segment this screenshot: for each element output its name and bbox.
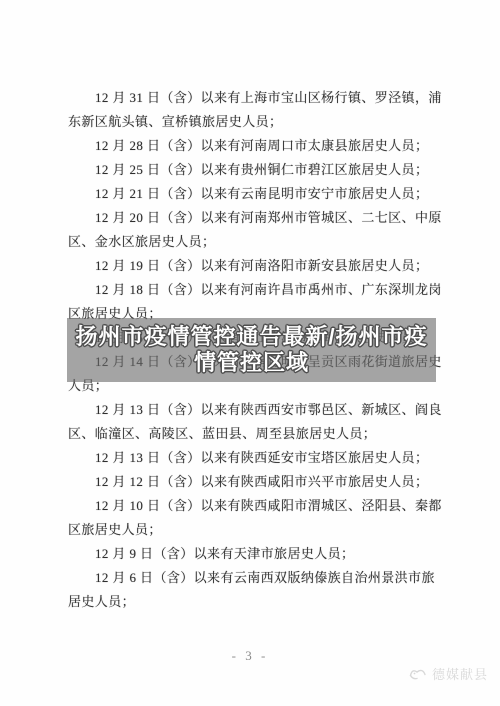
watermark: 德媒献县 bbox=[408, 664, 488, 683]
document-line: 12 月 19 日（含）以来有河南洛阳市新安县旅居史人员； bbox=[68, 254, 438, 278]
document-line: 12 月 21 日（含）以来有云南昆明市安宁市旅居史人员； bbox=[68, 182, 438, 206]
document-line: 12 月 10 日（含）以来有陕西咸阳市渭城区、泾阳县、秦都 bbox=[68, 494, 438, 518]
document-page: 12 月 31 日（含）以来有上海市宝山区杨行镇、罗泾镇，浦东新区航头镇、宣桥镇… bbox=[0, 0, 500, 706]
overlay-title-line2: 情管控区域 bbox=[75, 350, 427, 376]
document-line: 12 月 13 日（含）以来有陕西西安市鄠邑区、新城区、阎良 bbox=[68, 398, 438, 422]
document-line: 12 月 20 日（含）以来有河南郑州市管城区、二七区、中原 bbox=[68, 206, 438, 230]
document-line: 区、金水区旅居史人员； bbox=[68, 230, 438, 254]
document-line: 12 月 25 日（含）以来有贵州铜仁市碧江区旅居史人员； bbox=[68, 158, 438, 182]
overlay-title-line1: 扬州市疫情管控通告最新/扬州市疫 bbox=[75, 324, 427, 350]
watermark-logo-icon bbox=[408, 666, 428, 681]
document-line: 区、临潼区、高陵区、蓝田县、周至县旅居史人员； bbox=[68, 422, 438, 446]
document-line: 12 月 18 日（含）以来有河南许昌市禹州市、广东深圳龙岗 bbox=[68, 278, 438, 302]
overlay-title: 扬州市疫情管控通告最新/扬州市疫 情管控区域 bbox=[75, 324, 427, 376]
document-line: 12 月 6 日（含）以来有云南西双版纳傣族自治州景洪市旅 bbox=[68, 566, 438, 590]
document-line: 12 月 12 日（含）以来有陕西咸阳市兴平市旅居史人员； bbox=[68, 470, 438, 494]
document-line: 区旅居史人员； bbox=[68, 518, 438, 542]
document-line: 12 月 28 日（含）以来有河南周口市太康县旅居史人员； bbox=[68, 134, 438, 158]
document-line: 12 月 9 日（含）以来有天津市旅居史人员； bbox=[68, 542, 438, 566]
document-line: 东新区航头镇、宣桥镇旅居史人员； bbox=[68, 110, 438, 134]
page-number: - 3 - bbox=[0, 648, 500, 664]
document-line: 居史人员； bbox=[68, 590, 438, 614]
title-overlay-band: 扬州市疫情管控通告最新/扬州市疫 情管控区域 bbox=[67, 318, 436, 382]
document-line: 12 月 31 日（含）以来有上海市宝山区杨行镇、罗泾镇，浦 bbox=[68, 86, 438, 110]
watermark-text: 德媒献县 bbox=[432, 664, 488, 683]
document-line: 12 月 13 日（含）以来有陕西延安市宝塔区旅居史人员； bbox=[68, 446, 438, 470]
